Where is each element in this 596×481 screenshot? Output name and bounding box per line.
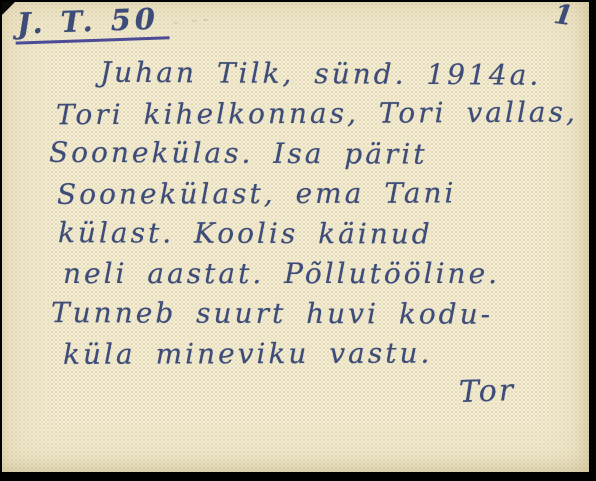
- handwritten-line: Soonekülast, ema Tani: [2, 173, 589, 215]
- handwritten-line: Juhan Tilk, sünd. 1914a.: [2, 52, 589, 96]
- handwritten-line: külast. Koolis käinud: [2, 213, 589, 255]
- handwritten-line: Soonekülas. Isa pärit: [2, 132, 589, 175]
- scan-backdrop: J. T. 50 1 Juhan Tilk, sünd. 1914a. Tori…: [0, 0, 596, 481]
- handwritten-text-block: Juhan Tilk, sünd. 1914a. Tori kihelkonna…: [2, 54, 589, 374]
- index-card: J. T. 50 1 Juhan Tilk, sünd. 1914a. Tori…: [2, 2, 589, 472]
- handwritten-line: Tunneb suurt huvi kodu-: [2, 293, 589, 335]
- signature: Tor: [458, 373, 515, 410]
- corner-shadow: [2, 2, 15, 15]
- pencil-smudge: [162, 18, 208, 28]
- handwritten-line: küla mineviku vastu.: [2, 333, 589, 375]
- page-number: 1: [552, 0, 575, 32]
- handwritten-line: neli aastat. Põllutööline.: [2, 254, 589, 294]
- card-code: J. T. 50: [14, 1, 169, 44]
- handwritten-line: Tori kihelkonnas, Tori vallas,: [2, 92, 589, 135]
